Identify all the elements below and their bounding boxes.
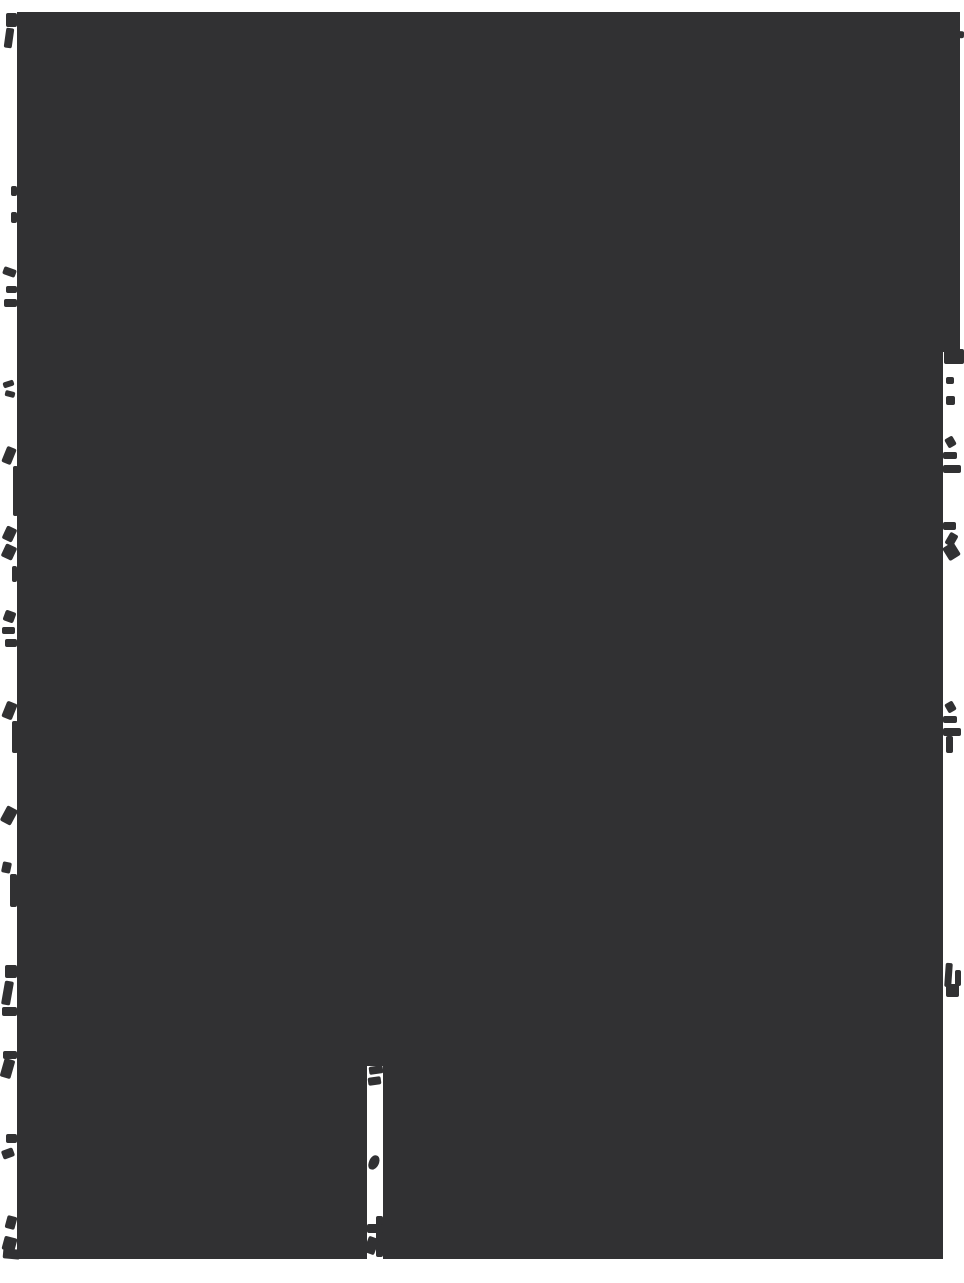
- block-bottom-left: [17, 1066, 367, 1259]
- block-top: [17, 12, 960, 352]
- block-bottom-right: [383, 1066, 943, 1259]
- block-middle: [17, 352, 943, 1066]
- overlay-blocks-layer: [0, 0, 964, 1283]
- document-page: [0, 0, 964, 1283]
